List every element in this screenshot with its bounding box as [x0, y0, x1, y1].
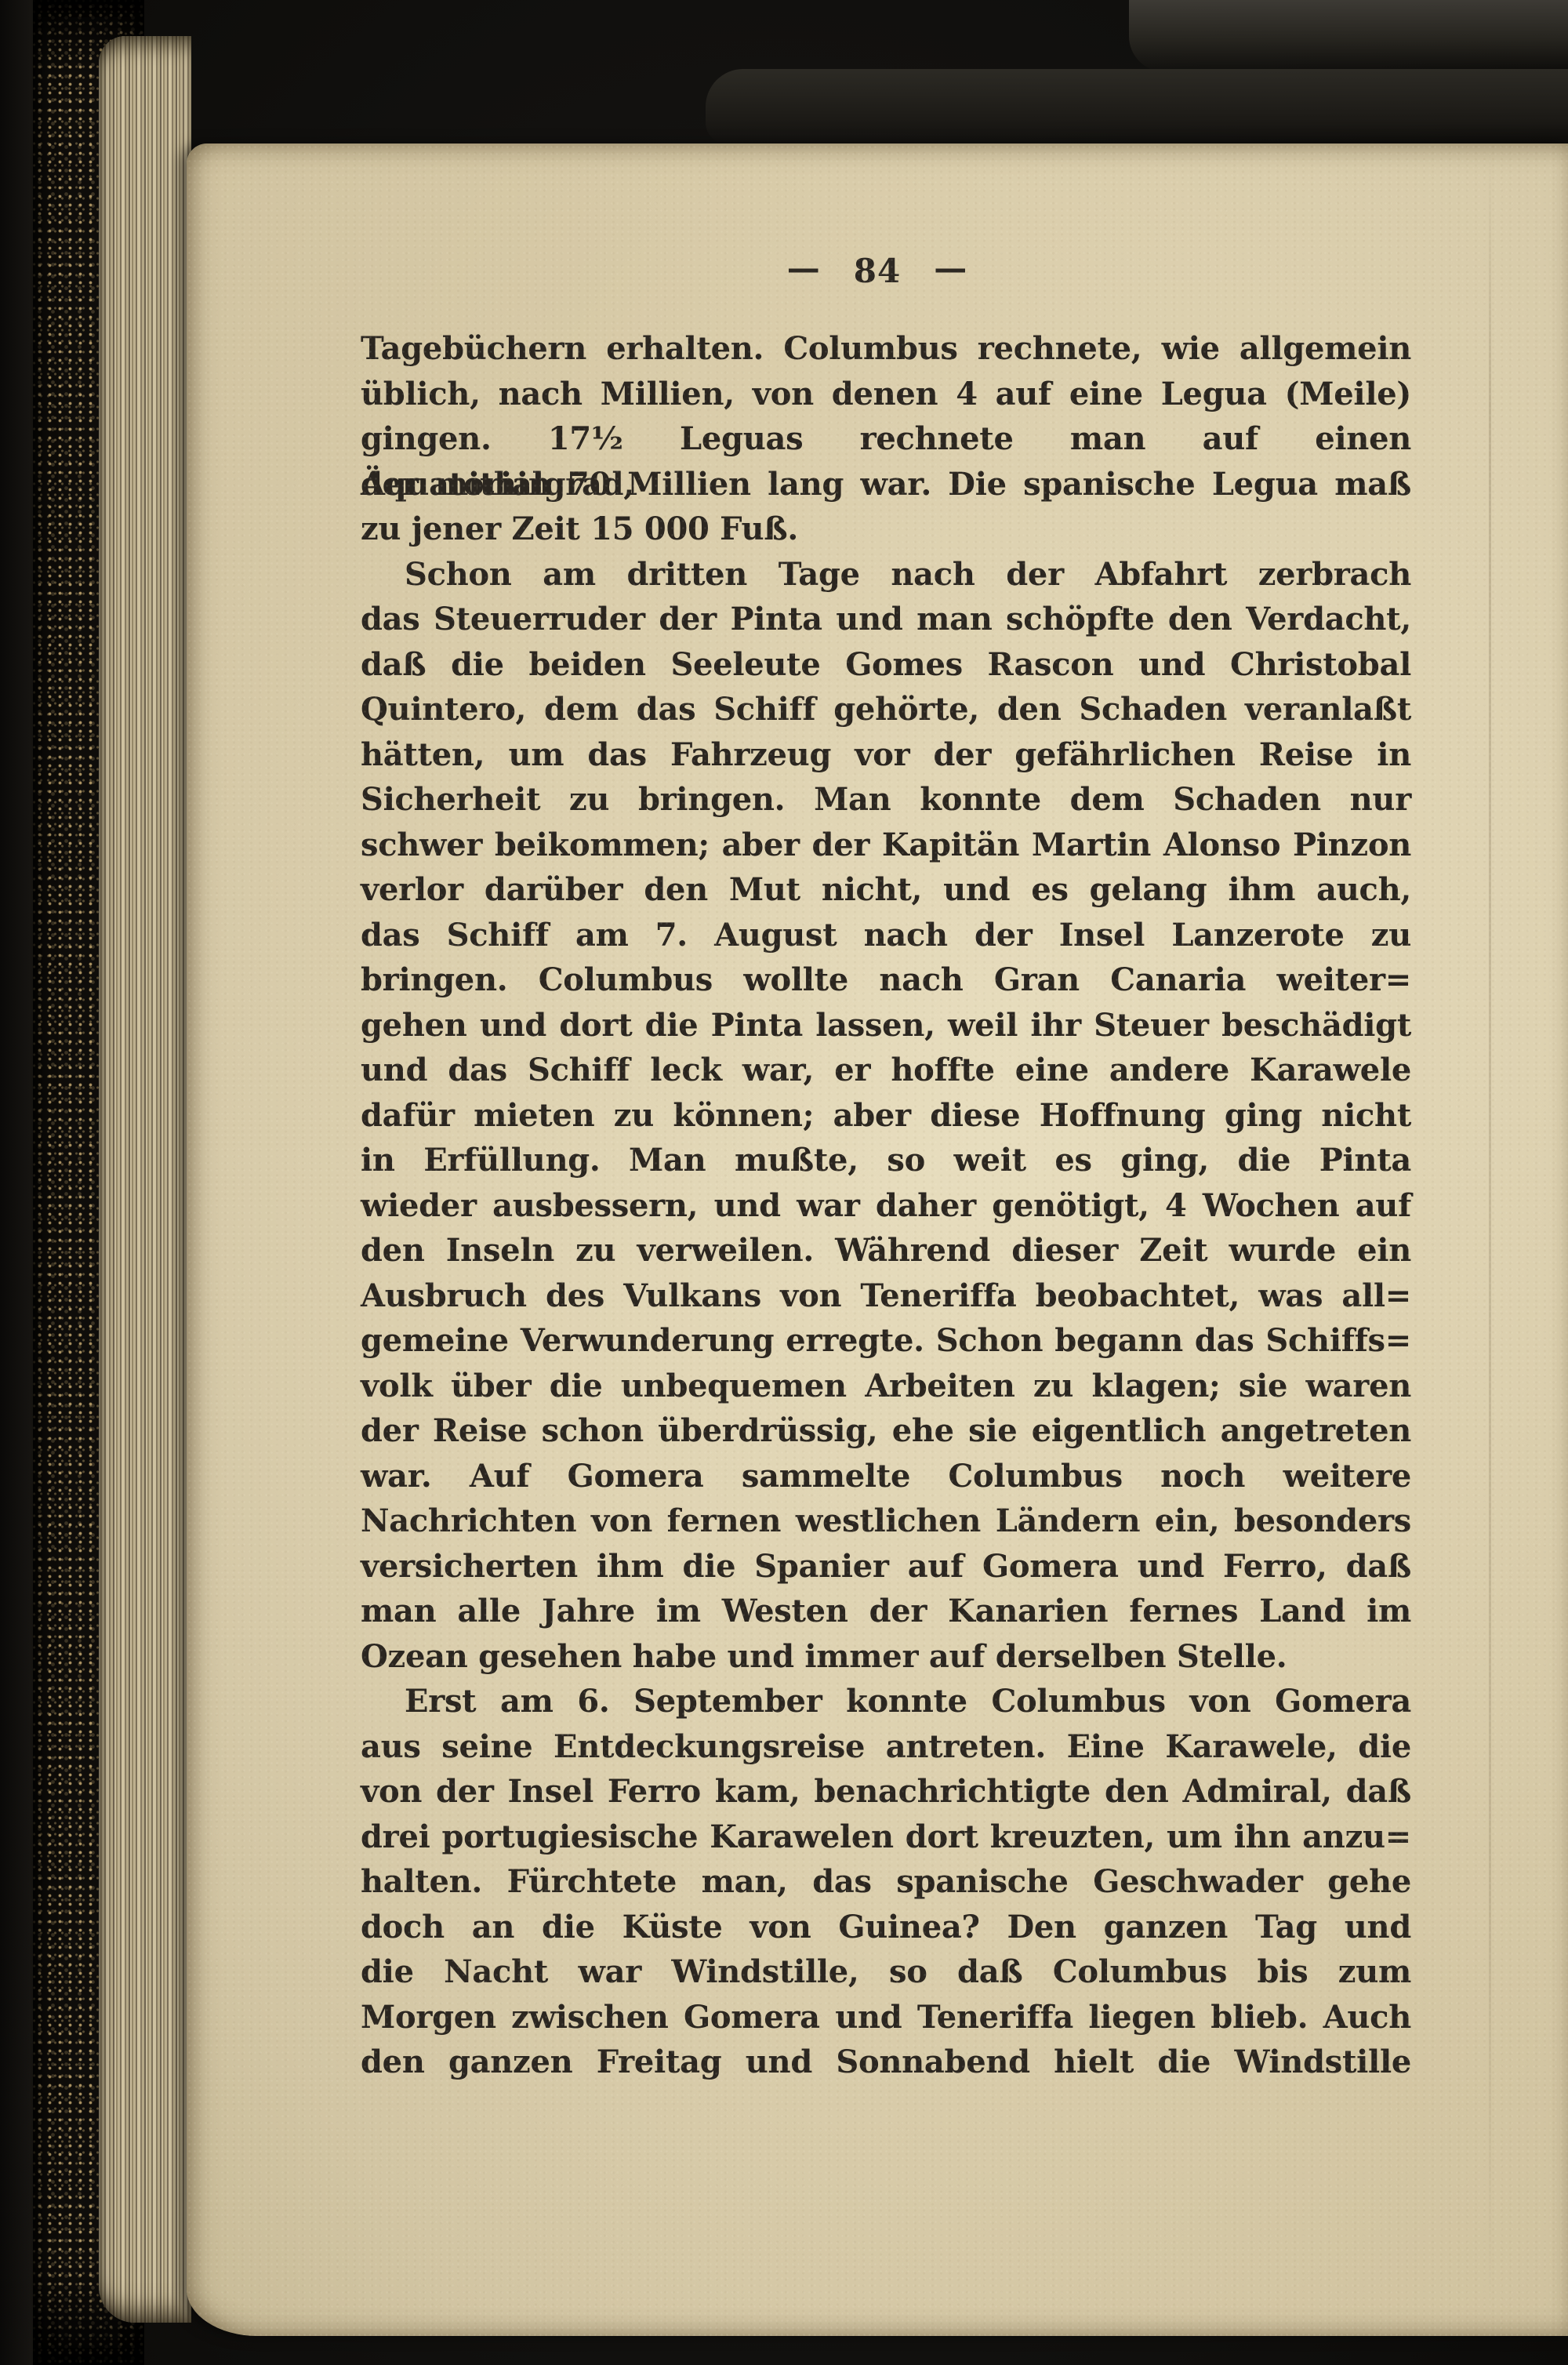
text-line: üblich, nach Millien, von denen 4 auf ei…: [361, 372, 1411, 417]
text-line: halten. Fürchtete man, das spanische Ges…: [361, 1859, 1411, 1905]
text-line: Nachrichten von fernen westlichen Länder…: [361, 1499, 1411, 1544]
text-line: Sicherheit zu bringen. Man konnte dem Sc…: [361, 777, 1411, 823]
text-line: in Erfüllung. Man mußte, so weit es ging…: [361, 1138, 1411, 1183]
text-line: von der Insel Ferro kam, benachrichtigte…: [361, 1769, 1411, 1815]
text-line: der mithin 70 Millien lang war. Die span…: [361, 462, 1411, 507]
text-line: gemeine Verwunderung erregte. Schon bega…: [361, 1318, 1411, 1364]
text-line: Morgen zwischen Gomera und Teneriffa lie…: [361, 1995, 1411, 2040]
page-number-left-dash: —: [787, 249, 821, 287]
text-line: man alle Jahre im Westen der Kanarien fe…: [361, 1589, 1411, 1634]
text-line: bringen. Columbus wollte nach Gran Canar…: [361, 957, 1411, 1003]
text-line: Tagebüchern erhalten. Columbus rechnete,…: [361, 326, 1411, 372]
text-line: Ozean gesehen habe und immer auf derselb…: [361, 1634, 1411, 1680]
text-line: Ausbruch des Vulkans von Teneriffa beoba…: [361, 1273, 1411, 1319]
text-line: gehen und dort die Pinta lassen, weil ih…: [361, 1003, 1411, 1048]
text-line: Erst am 6. September konnte Columbus von…: [361, 1679, 1411, 1724]
text-line: versicherten ihm die Spanier auf Gomera …: [361, 1544, 1411, 1589]
text-line: zu jener Zeit 15 000 Fuß.: [361, 507, 1411, 552]
text-line: die Nacht war Windstille, so daß Columbu…: [361, 1949, 1411, 1995]
scanned-book-spread: { "page": { "number": "84", "dash": "—" …: [0, 0, 1568, 2365]
text-line: daß die beiden Seeleute Gomes Rascon und…: [361, 642, 1411, 688]
text-line: den ganzen Freitag und Sonnabend hielt d…: [361, 2040, 1411, 2085]
text-line: dafür mieten zu können; aber diese Hoffn…: [361, 1093, 1411, 1139]
text-line: das Schiff am 7. August nach der Insel L…: [361, 913, 1411, 958]
text-line: das Steuerruder der Pinta und man schöpf…: [361, 597, 1411, 642]
page-number: —84—: [187, 252, 1568, 290]
text-line: und das Schiff leck war, er hoffte eine …: [361, 1048, 1411, 1093]
text-line: drei portugiesische Karawelen dort kreuz…: [361, 1815, 1411, 1860]
text-line: der Reise schon überdrüssig, ehe sie eig…: [361, 1408, 1411, 1454]
page-number-right-dash: —: [934, 249, 967, 287]
text-line: gingen. 17¹⁄₂ Leguas rechnete man auf ei…: [361, 416, 1411, 462]
book-page: —84— Tagebüchern erhalten. Columbus rech…: [187, 143, 1568, 2336]
text-line: wieder ausbessern, und war daher genötig…: [361, 1183, 1411, 1229]
text-line: Schon am dritten Tage nach der Abfahrt z…: [361, 552, 1411, 598]
text-line: verlor darüber den Mut nicht, und es gel…: [361, 867, 1411, 913]
text-line: schwer beikommen; aber der Kapitän Marti…: [361, 823, 1411, 868]
text-line: Quintero, dem das Schiff gehörte, den Sc…: [361, 687, 1411, 732]
page-crease-line: [1489, 143, 1491, 2336]
text-line: den Inseln zu verweilen. Während dieser …: [361, 1228, 1411, 1273]
page-number-value: 84: [854, 252, 901, 290]
text-line: aus seine Entdeckungsreise antreten. Ein…: [361, 1724, 1411, 1770]
text-line: doch an die Küste von Guinea? Den ganzen…: [361, 1905, 1411, 1950]
text-block: Tagebüchern erhalten. Columbus rechnete,…: [187, 326, 1568, 2085]
cover-top-edge: [706, 69, 1568, 144]
text-line: hätten, um das Fahrzeug vor der gefährli…: [361, 732, 1411, 778]
page-edges-stack: [99, 36, 191, 2323]
text-line: volk über die unbequemen Arbeiten zu kla…: [361, 1364, 1411, 1409]
cover-top-ridge: [1129, 0, 1568, 72]
text-line: war. Auf Gomera sammelte Columbus noch w…: [361, 1454, 1411, 1499]
